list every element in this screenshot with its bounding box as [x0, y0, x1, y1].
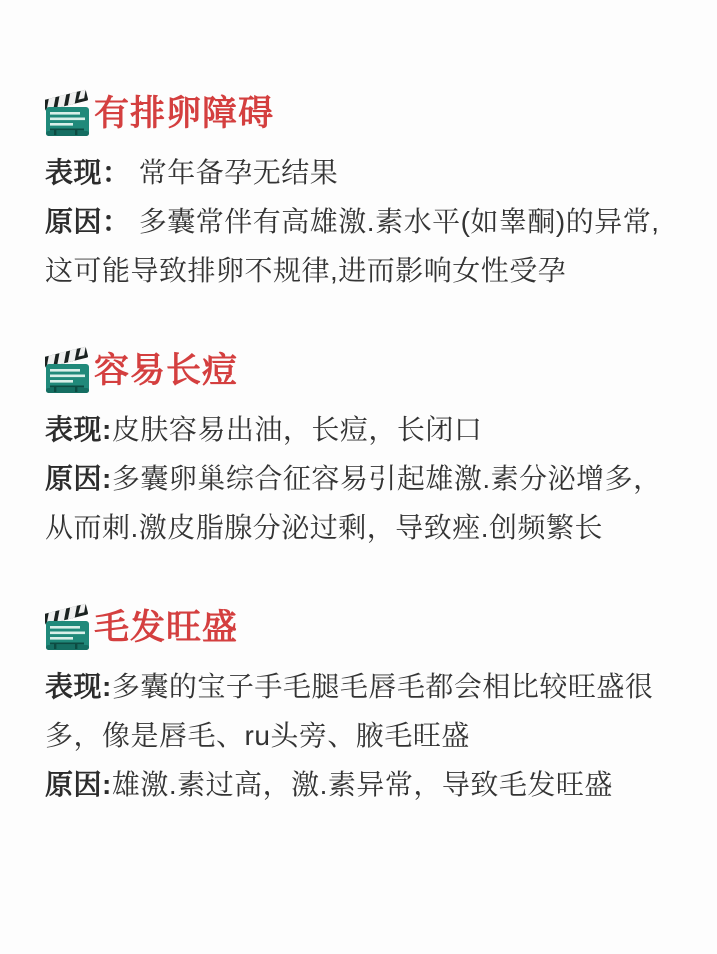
section-title-row: 容易长痘 — [45, 345, 677, 395]
clapperboard-icon — [45, 602, 91, 652]
label-separator: : — [102, 414, 112, 445]
section-title: 毛发旺盛 — [94, 610, 238, 645]
reason-line: 原因:多囊卵巢综合征容易引起雄激.素分泌增多，从而刺.激皮脂腺分泌过剩，导致痤.… — [45, 454, 677, 552]
reason-line: 原因:雄激.素过高，激.素异常，导致毛发旺盛 — [45, 760, 677, 809]
label-separator: : — [102, 769, 112, 800]
label-separator: ： — [102, 206, 139, 237]
section-title: 容易长痘 — [94, 353, 238, 388]
manifestation-label: 表现 — [45, 671, 102, 702]
reason-text: 多囊卵巢综合征容易引起雄激.素分泌增多，从而刺.激皮脂腺分泌过剩，导致痤.创频繁… — [45, 463, 662, 543]
manifestation-label: 表现 — [45, 157, 102, 188]
reason-line: 原因： 多囊常伴有高雄激.素水平(如睾酮)的异常,这可能导致排卵不规律,进而影响… — [45, 197, 677, 295]
section-excess-hair: 毛发旺盛 表现:多囊的宝子手毛腿毛唇毛都会相比较旺盛很多，像是唇毛、ru头旁、腋… — [45, 602, 677, 809]
manifestation-text: 多囊的宝子手毛腿毛唇毛都会相比较旺盛很多，像是唇毛、ru头旁、腋毛旺盛 — [45, 671, 653, 751]
reason-label: 原因 — [45, 463, 102, 494]
section-title: 有排卵障碍 — [94, 96, 274, 131]
clapperboard-icon — [45, 88, 91, 138]
section-title-row: 有排卵障碍 — [45, 88, 677, 138]
manifestation-line: 表现:皮肤容易出油，长痘，长闭口 — [45, 405, 677, 454]
reason-label: 原因 — [45, 769, 102, 800]
section-title-row: 毛发旺盛 — [45, 602, 677, 652]
label-separator: : — [102, 463, 112, 494]
clapperboard-icon — [45, 345, 91, 395]
manifestation-text: 常年备孕无结果 — [139, 157, 339, 188]
reason-text: 雄激.素过高，激.素异常，导致毛发旺盛 — [112, 769, 613, 800]
manifestation-label: 表现 — [45, 414, 102, 445]
label-separator: ： — [102, 157, 139, 188]
manifestation-text: 皮肤容易出油，长痘，长闭口 — [112, 414, 483, 445]
section-acne: 容易长痘 表现:皮肤容易出油，长痘，长闭口 原因:多囊卵巢综合征容易引起雄激.素… — [45, 345, 677, 552]
label-separator: : — [102, 671, 112, 702]
pcos-symptoms-note: 有排卵障碍 表现： 常年备孕无结果 原因： 多囊常伴有高雄激.素水平(如睾酮)的… — [0, 0, 717, 954]
manifestation-line: 表现： 常年备孕无结果 — [45, 148, 677, 197]
section-ovulation-disorder: 有排卵障碍 表现： 常年备孕无结果 原因： 多囊常伴有高雄激.素水平(如睾酮)的… — [45, 88, 677, 295]
reason-label: 原因 — [45, 206, 102, 237]
manifestation-line: 表现:多囊的宝子手毛腿毛唇毛都会相比较旺盛很多，像是唇毛、ru头旁、腋毛旺盛 — [45, 662, 677, 760]
